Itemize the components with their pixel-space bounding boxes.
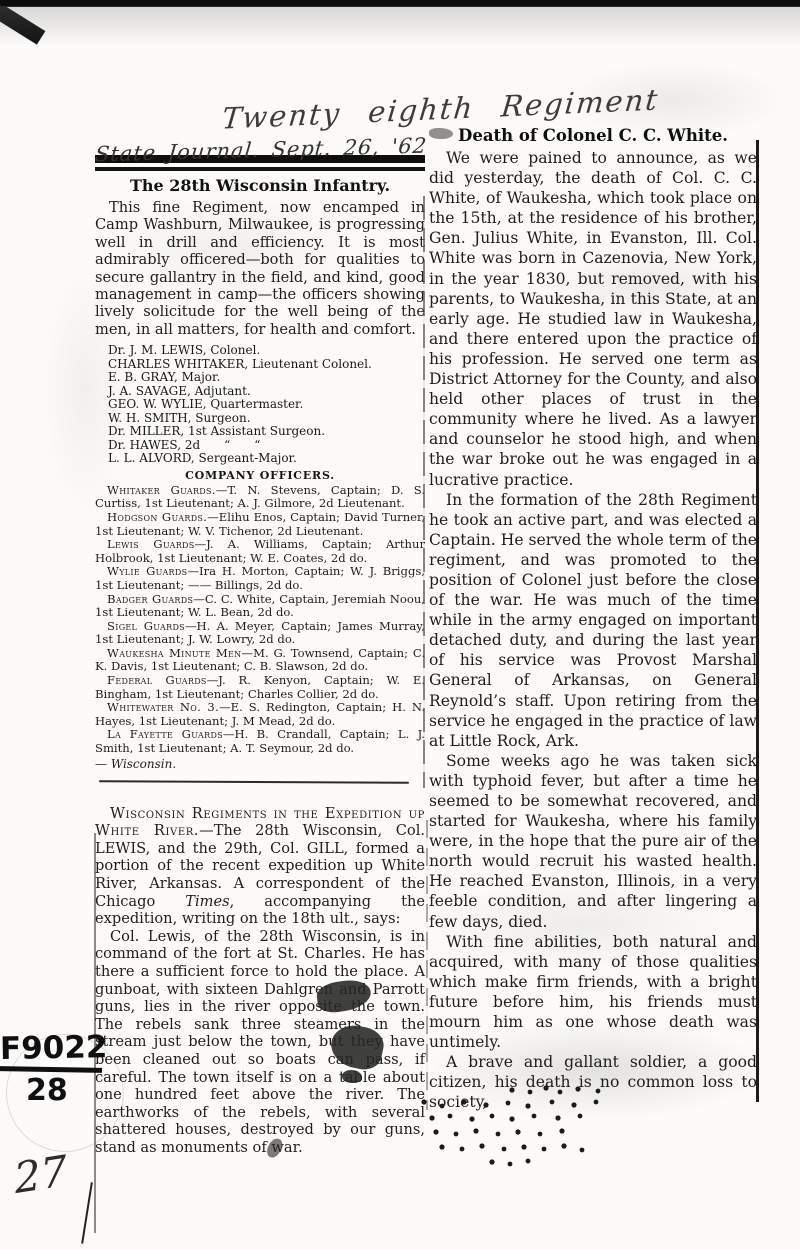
company-entry: Whitaker Guards.—T. N. Stevens, Captain;… bbox=[95, 484, 425, 511]
company-entry: Wylie Guards—Ira H. Morton, Captain; W. … bbox=[95, 565, 425, 592]
company-entry: Lewis Guards—J. A. Williams, Captain; Ar… bbox=[95, 538, 425, 565]
scrapbook-page: { "colors": { "ink": "#1e1d1b", "paper":… bbox=[0, 0, 800, 1250]
ink-smudge bbox=[429, 128, 453, 139]
officer-line: GEO. W. WYLIE, Quartermaster. bbox=[108, 398, 425, 412]
officer-line: CHARLES WHITAKER, Lieutenant Colonel. bbox=[108, 358, 425, 372]
catalog-subcode: 28 bbox=[26, 1073, 120, 1108]
officer-line: Dr. HAWES, 2d “ “ bbox=[108, 439, 425, 453]
obituary-paragraph: In the formation of the 28th Regiment he… bbox=[429, 490, 757, 751]
officer-line: W. H. SMITH, Surgeon. bbox=[108, 412, 425, 426]
company-name: Whitewater No. 3. bbox=[107, 700, 219, 714]
company-entry: Badger Guards—C. C. White, Captain, Jere… bbox=[95, 593, 425, 620]
catalog-code: F9022 bbox=[0, 1029, 120, 1067]
ink-blot bbox=[342, 1070, 362, 1083]
article1-headline: The 28th Wisconsin Infantry. bbox=[95, 176, 425, 195]
article1-body: This fine Regiment, now encamped in Camp… bbox=[95, 199, 425, 338]
officer-line: Dr. MILLER, 1st Assistant Surgeon. bbox=[108, 425, 425, 439]
company-officers-heading: COMPANY OFFICERS. bbox=[95, 469, 425, 482]
obituary-paragraph: With fine abilities, both natural and ac… bbox=[429, 932, 757, 1053]
newspaper-name-italic: Times bbox=[185, 893, 229, 910]
page-number-handwritten: 27 bbox=[12, 1146, 69, 1203]
officer-line: L. L. ALVORD, Sergeant-Major. bbox=[108, 452, 425, 466]
company-name: Waukesha Minute Men bbox=[107, 646, 241, 660]
scan-noise-band bbox=[0, 6, 800, 46]
pen-slash-mark bbox=[81, 1182, 93, 1244]
company-entry: La Fayette Guards—H. B. Crandall, Captai… bbox=[95, 728, 425, 755]
company-name: Wylie Guards bbox=[107, 564, 187, 578]
column-rule bbox=[426, 820, 428, 1110]
obituary-paragraph: Some weeks ago he was taken sick with ty… bbox=[429, 751, 757, 932]
company-name: Lewis Guards bbox=[107, 537, 195, 551]
company-name: Badger Guards bbox=[107, 592, 193, 606]
officer-line: J. A. SAVAGE, Adjutant. bbox=[108, 385, 425, 399]
right-clipping: Death of Colonel C. C. White. We were pa… bbox=[429, 126, 757, 1113]
article2: Wisconsin Regiments in the Expedition up… bbox=[95, 805, 425, 1157]
clipping-divider-rule bbox=[99, 780, 409, 784]
article2-intro: Wisconsin Regiments in the Expedition up… bbox=[95, 805, 425, 928]
company-entry: Waukesha Minute Men—M. G. Townsend, Capt… bbox=[95, 647, 425, 674]
company-name: La Fayette Guards bbox=[107, 727, 223, 741]
obituary-paragraph: We were pained to announce, as we did ye… bbox=[429, 148, 757, 490]
officer-line: Dr. J. M. LEWIS, Colonel. bbox=[108, 344, 425, 358]
company-name: Whitaker Guards. bbox=[107, 483, 216, 497]
company-officers-list: Whitaker Guards.—T. N. Stevens, Captain;… bbox=[95, 484, 425, 756]
company-entry: Sigel Guards—H. A. Meyer, Captain; James… bbox=[95, 620, 425, 647]
company-name: Hodgson Guards. bbox=[107, 510, 207, 524]
company-entry: Whitewater No. 3.—E. S. Redington, Capta… bbox=[95, 701, 425, 728]
catalog-rule bbox=[0, 1066, 102, 1072]
left-clipping: State Journal. Sept. 26, '62 The 28th Wi… bbox=[95, 138, 425, 1157]
company-entry: Hodgson Guards.—Elihu Enos, Captain; Dav… bbox=[95, 511, 425, 538]
company-name: Sigel Guards bbox=[107, 619, 185, 633]
company-name: Federal Guards bbox=[107, 673, 207, 687]
attribution: — Wisconsin. bbox=[95, 757, 425, 771]
catalog-marker: F9022 28 bbox=[0, 1030, 120, 1108]
obituary-headline: Death of Colonel C. C. White. bbox=[429, 126, 757, 145]
masthead-rule-thin bbox=[95, 167, 425, 171]
field-officers-list: Dr. J. M. LEWIS, Colonel. CHARLES WHITAK… bbox=[95, 344, 425, 466]
company-entry: Federal Guards—J. R. Kenyon, Captain; W.… bbox=[95, 674, 425, 701]
officer-line: E. B. GRAY, Major. bbox=[108, 371, 425, 385]
dots-pattern bbox=[412, 1082, 662, 1174]
